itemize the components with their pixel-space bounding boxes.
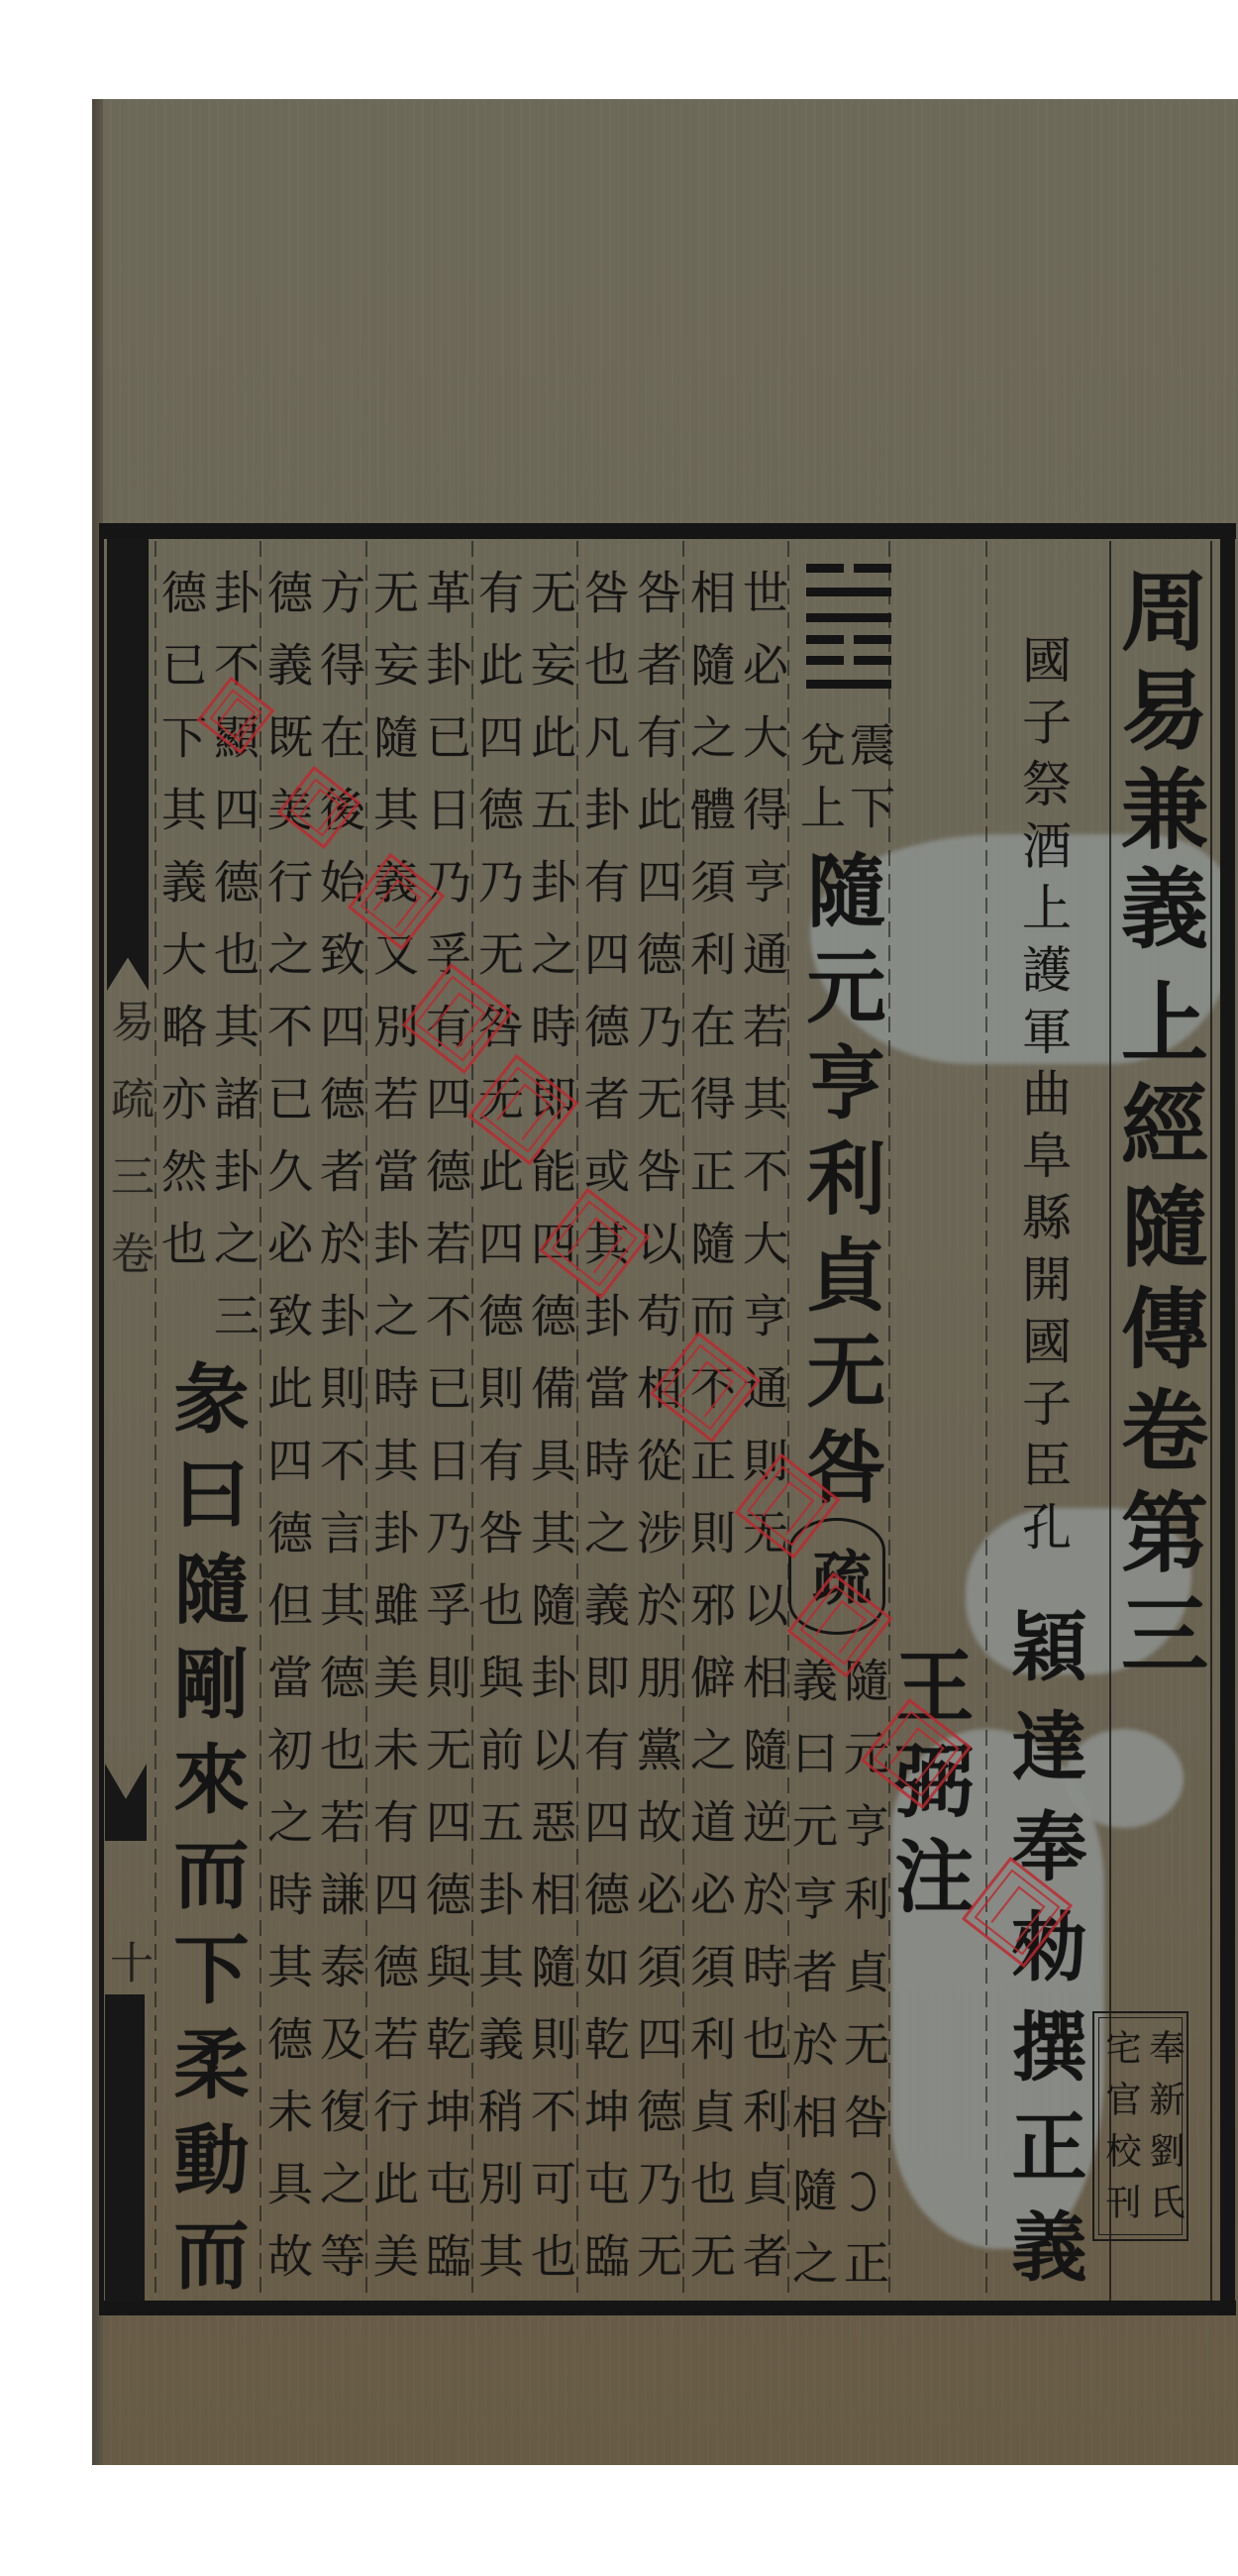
leaf-number: 十 bbox=[105, 1940, 149, 1984]
hexagram-line-yin bbox=[806, 635, 844, 644]
frame-right-border bbox=[1220, 523, 1235, 2315]
tuan-commentary-text: 彖曰隨剛來而下柔動而 bbox=[167, 1359, 243, 2310]
commentary-column-right: 世必大得亨通若其不大亨通則无以相隨逆於時也利貞者 bbox=[740, 569, 785, 2305]
shu-intro-left: 義曰元亨者於相隨之 bbox=[789, 1657, 835, 2312]
hexagram-line-yin bbox=[806, 656, 844, 665]
quote-end-mark-icon bbox=[846, 2172, 876, 2211]
shu-intro-right: 隨元亨利貞无咎 bbox=[841, 1657, 886, 2167]
hexagram-line-yin bbox=[854, 564, 891, 573]
publisher-cartouche: 奉新劉氏 宅官校刊 bbox=[1092, 2011, 1188, 2241]
commentary-column-right: 革卦已日乃孚有四德若不已日乃孚則无四德與乾坤屯臨 bbox=[423, 569, 468, 2305]
cartouche-left-text: 宅官校刊 bbox=[1102, 2029, 1138, 2235]
author-line-official-title: 國子祭酒上護軍曲阜縣開國子臣孔 bbox=[1018, 634, 1068, 1563]
hexagram-line-yin bbox=[854, 635, 891, 644]
commentary-column-left: 无妄隨其義又別若當卦之時其卦雖美未有四德若行此美 bbox=[370, 569, 416, 2305]
frame-top-border bbox=[99, 523, 1236, 539]
book-title: 周易兼義 bbox=[1115, 566, 1202, 962]
volume-title: 上經隨傳卷第三 bbox=[1115, 977, 1202, 1691]
trigram-upper: 兌上 bbox=[797, 721, 843, 846]
frame-left-border bbox=[99, 523, 104, 2315]
block-heart-title: 易疏三卷 bbox=[106, 999, 150, 1308]
upper-black-mouth bbox=[107, 539, 149, 923]
commentary-column-right: 无妄此五卦之時即能四德備具其隨卦以惡相隨則不可也 bbox=[528, 569, 573, 2305]
cartouche-right-text: 奉新劉氏 bbox=[1146, 2029, 1182, 2235]
commentary-column-left: 德已下其義大略亦然也 bbox=[158, 569, 204, 1292]
hexagram-line-yin bbox=[854, 656, 891, 665]
classic-judgment-text: 隨元亨利貞无咎 bbox=[800, 849, 879, 1522]
frame-right-inner-line bbox=[1210, 541, 1212, 2301]
hexagram-line-yang bbox=[806, 588, 891, 596]
commentary-column-left: 有此四德乃无咎无此四德則有咎也與前五卦其義稍別其 bbox=[475, 569, 521, 2305]
commentary-column-left: 咎也凡卦有四德者或其卦當時之義即有四德如乾坤屯臨 bbox=[581, 569, 627, 2305]
hexagram-line-yang bbox=[806, 613, 891, 622]
hexagram-line-yang bbox=[806, 680, 891, 689]
lower-black-mouth bbox=[105, 1994, 145, 2302]
shu-intro-right-end: 正 bbox=[841, 2239, 886, 2311]
trigram-lower: 震下 bbox=[847, 721, 892, 846]
commentary-column-right: 咎者有此四德乃无咎以苟相從涉於朋黨故必須四德乃无 bbox=[634, 569, 679, 2305]
column-rule bbox=[985, 541, 987, 2301]
hexagram-line-yin bbox=[806, 564, 844, 573]
